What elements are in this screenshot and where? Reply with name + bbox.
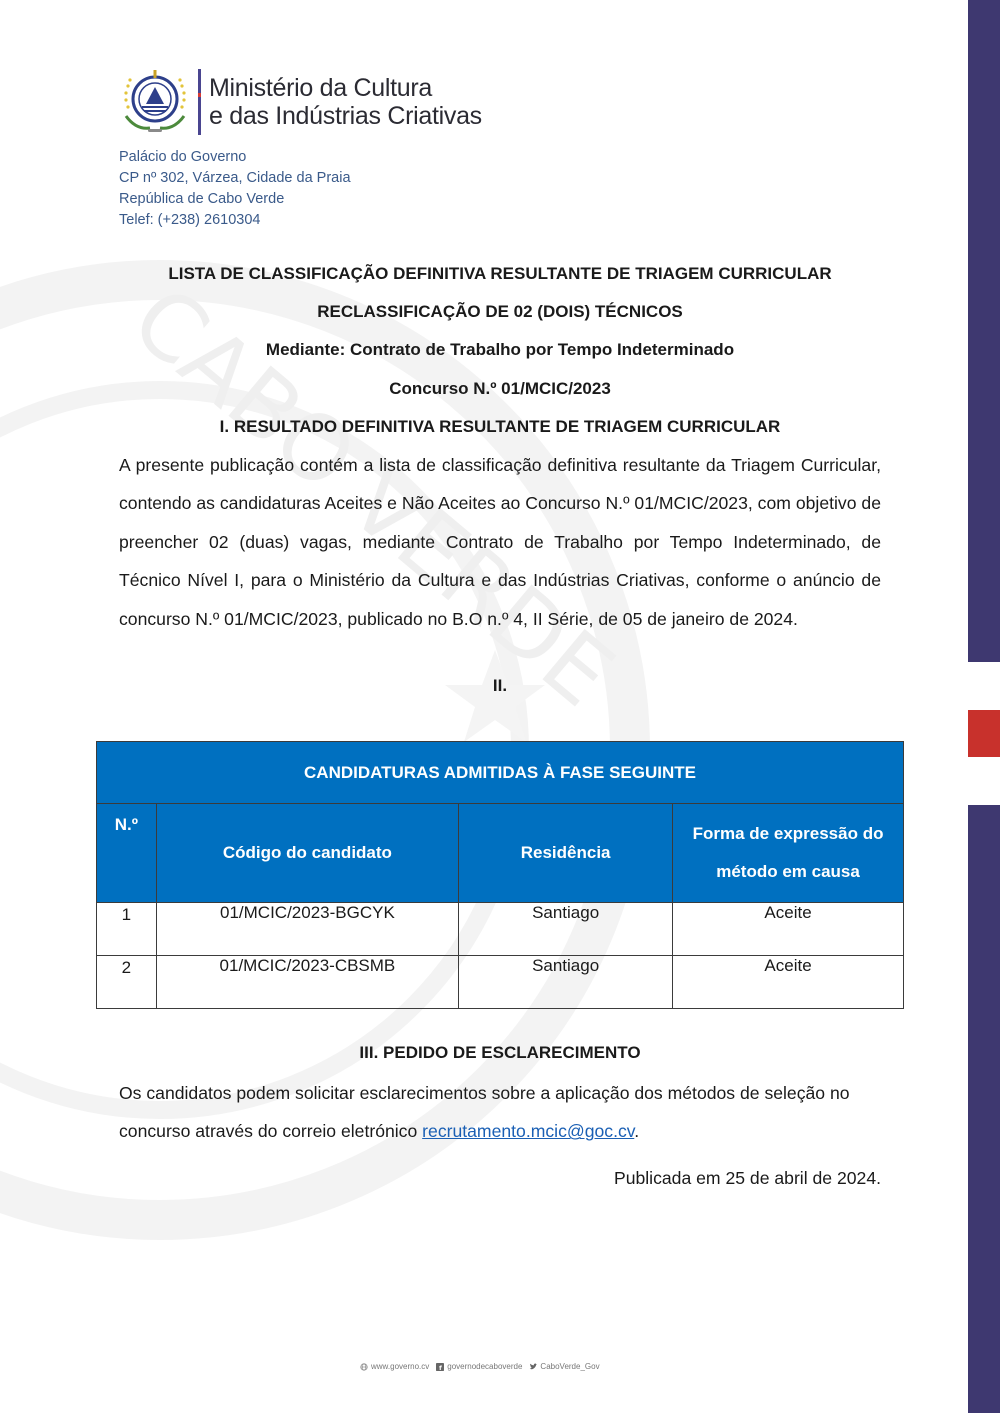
contest-number: Concurso N.º 01/MCIC/2023 [100,373,900,411]
section-two-heading: II. [100,676,900,696]
address-line: Palácio do Governo [119,147,351,168]
address-line: CP nº 302, Várzea, Cidade da Praia [119,168,351,189]
cell-result: Aceite [673,903,904,956]
publication-date: Publicada em 25 de abril de 2024. [119,1159,881,1197]
clarification-paragraph: Os candidatos podem solicitar esclarecim… [119,1074,881,1151]
facebook-label: governodecaboverde [447,1362,522,1371]
footer-twitter[interactable]: CaboVerde_Gov [529,1362,599,1371]
table-row: 2 01/MCIC/2023-CBSMB Santiago Aceite [97,956,904,1009]
table-title-row: CANDIDATURAS ADMITIDAS À FASE SEGUINTE [97,742,904,804]
cell-candidate-code: 01/MCIC/2023-CBSMB [156,956,458,1009]
coat-of-arms-icon [118,66,192,138]
footer-facebook[interactable]: f governodecaboverde [436,1362,522,1371]
twitter-icon [529,1363,537,1371]
document-subtitle: RECLASSIFICAÇÃO DE 02 (DOIS) TÉCNICOS [100,296,900,334]
ministry-name: Ministério da Cultura e das Indústrias C… [209,74,482,130]
svg-text:f: f [439,1364,442,1371]
contract-type: Mediante: Contrato de Trabalho por Tempo… [100,334,900,372]
table-title: CANDIDATURAS ADMITIDAS À FASE SEGUINTE [97,742,904,804]
section-one-heading: I. RESULTADO DEFINITIVA RESULTANTE DE TR… [100,411,900,449]
table-header-row: N.º Código do candidato Residência Forma… [97,804,904,903]
column-header-number: N.º [97,804,157,903]
address-block: Palácio do Governo CP nº 302, Várzea, Ci… [119,147,351,231]
decorative-bar-purple-top [968,0,1000,662]
ministry-name-line2: e das Indústrias Criativas [209,102,482,130]
clarification-end: . [634,1121,639,1141]
decorative-bar-purple-bottom [968,805,1000,1413]
cell-candidate-code: 01/MCIC/2023-BGCYK [156,903,458,956]
twitter-label: CaboVerde_Gov [540,1362,599,1371]
intro-paragraph: A presente publicação contém a lista de … [119,446,881,638]
address-line: República de Cabo Verde [119,189,351,210]
email-link[interactable]: recrutamento.mcic@goc.cv [422,1121,634,1141]
footer-website[interactable]: www.governo.cv [360,1362,429,1371]
decorative-bar-red [968,710,1000,757]
globe-icon [360,1363,368,1371]
document-headings: LISTA DE CLASSIFICAÇÃO DEFINITIVA RESULT… [100,258,900,449]
cell-residence: Santiago [459,903,673,956]
admitted-candidates-table: CANDIDATURAS ADMITIDAS À FASE SEGUINTE N… [96,741,904,1009]
address-line: Telef: (+238) 2610304 [119,210,351,231]
website-label: www.governo.cv [371,1362,429,1371]
column-header-residence: Residência [459,804,673,903]
footer-contacts: www.governo.cv f governodecaboverde Cabo… [360,1362,600,1371]
column-header-candidate-code: Código do candidato [156,804,458,903]
table-row: 1 01/MCIC/2023-BGCYK Santiago Aceite [97,903,904,956]
column-header-method-result-label: Forma de expressão do método em causa [681,815,896,891]
logo-divider [198,69,201,135]
ministry-name-line1: Ministério da Cultura [209,74,482,102]
cell-number: 1 [97,903,157,956]
column-header-method-result: Forma de expressão do método em causa [673,804,904,903]
document-title: LISTA DE CLASSIFICAÇÃO DEFINITIVA RESULT… [100,258,900,296]
section-three-heading: III. PEDIDO DE ESCLARECIMENTO [100,1043,900,1063]
cell-residence: Santiago [459,956,673,1009]
cell-result: Aceite [673,956,904,1009]
facebook-icon: f [436,1363,444,1371]
cell-number: 2 [97,956,157,1009]
ministry-logo: Ministério da Cultura e das Indústrias C… [118,66,482,138]
